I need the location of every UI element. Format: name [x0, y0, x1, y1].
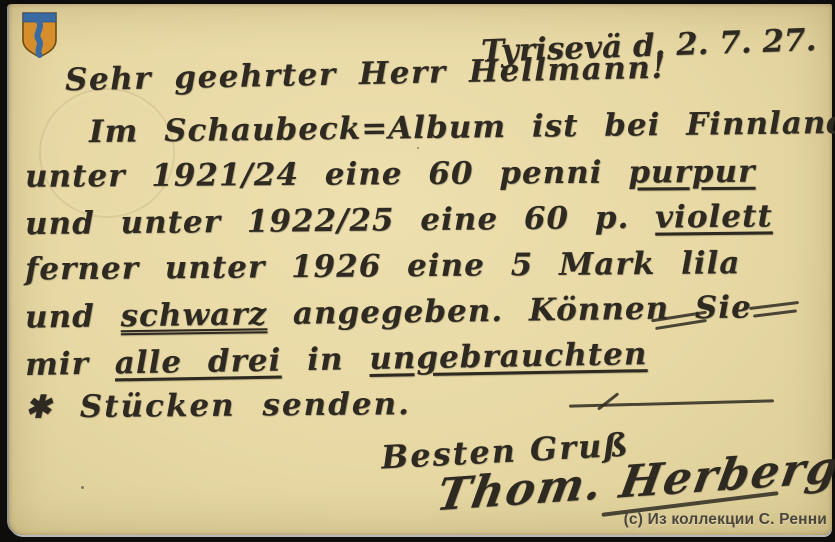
letter-text-segment: mir — [25, 345, 115, 383]
letter-line: unter 1921/24 eine 60 penni purpur — [25, 149, 824, 201]
letter-text-segment: in — [281, 341, 370, 379]
letter-text-segment: Im Schaubeck=Album ist bei Finnland — [89, 105, 835, 150]
letter-text-segment: ✱ Stücken senden. — [25, 386, 411, 425]
letter-line: Im Schaubeck=Album ist bei Finnland — [25, 101, 825, 157]
paper-speck — [81, 486, 84, 489]
letter-body: Im Schaubeck=Album ist bei Finnlandunter… — [25, 106, 824, 428]
letter-text-segment: und — [25, 298, 121, 335]
letter-line: und unter 1922/25 eine 60 p. violett — [25, 194, 824, 248]
letter-text-segment: purpur — [628, 154, 755, 191]
copyright-note: (с) Из коллекции С. Ренни — [624, 511, 827, 529]
letter-text-segment: und unter 1922/25 eine 60 p. — [25, 200, 655, 243]
scanned-postcard: Tyrisevä d. 2. 7. 27. Sehr geehrter Herr… — [0, 0, 835, 542]
letter-text-segment: violett — [655, 198, 773, 235]
letter-text-segment: unter 1921/24 eine 60 penni — [25, 155, 629, 195]
letter-line: ✱ Stücken senden. — [25, 379, 824, 432]
letter-text-segment: schwarz — [120, 296, 267, 334]
letter-text-segment: alle drei — [114, 343, 281, 382]
postcard-paper: Tyrisevä d. 2. 7. 27. Sehr geehrter Herr… — [9, 4, 832, 535]
salutation: Sehr geehrter Herr Hellmann! — [65, 50, 667, 99]
letter-text-segment: ferner unter 1926 eine 5 Mark lila — [25, 245, 741, 287]
letter-text-segment: ungebrauchten — [369, 336, 648, 377]
shield-crest-icon — [21, 11, 58, 59]
